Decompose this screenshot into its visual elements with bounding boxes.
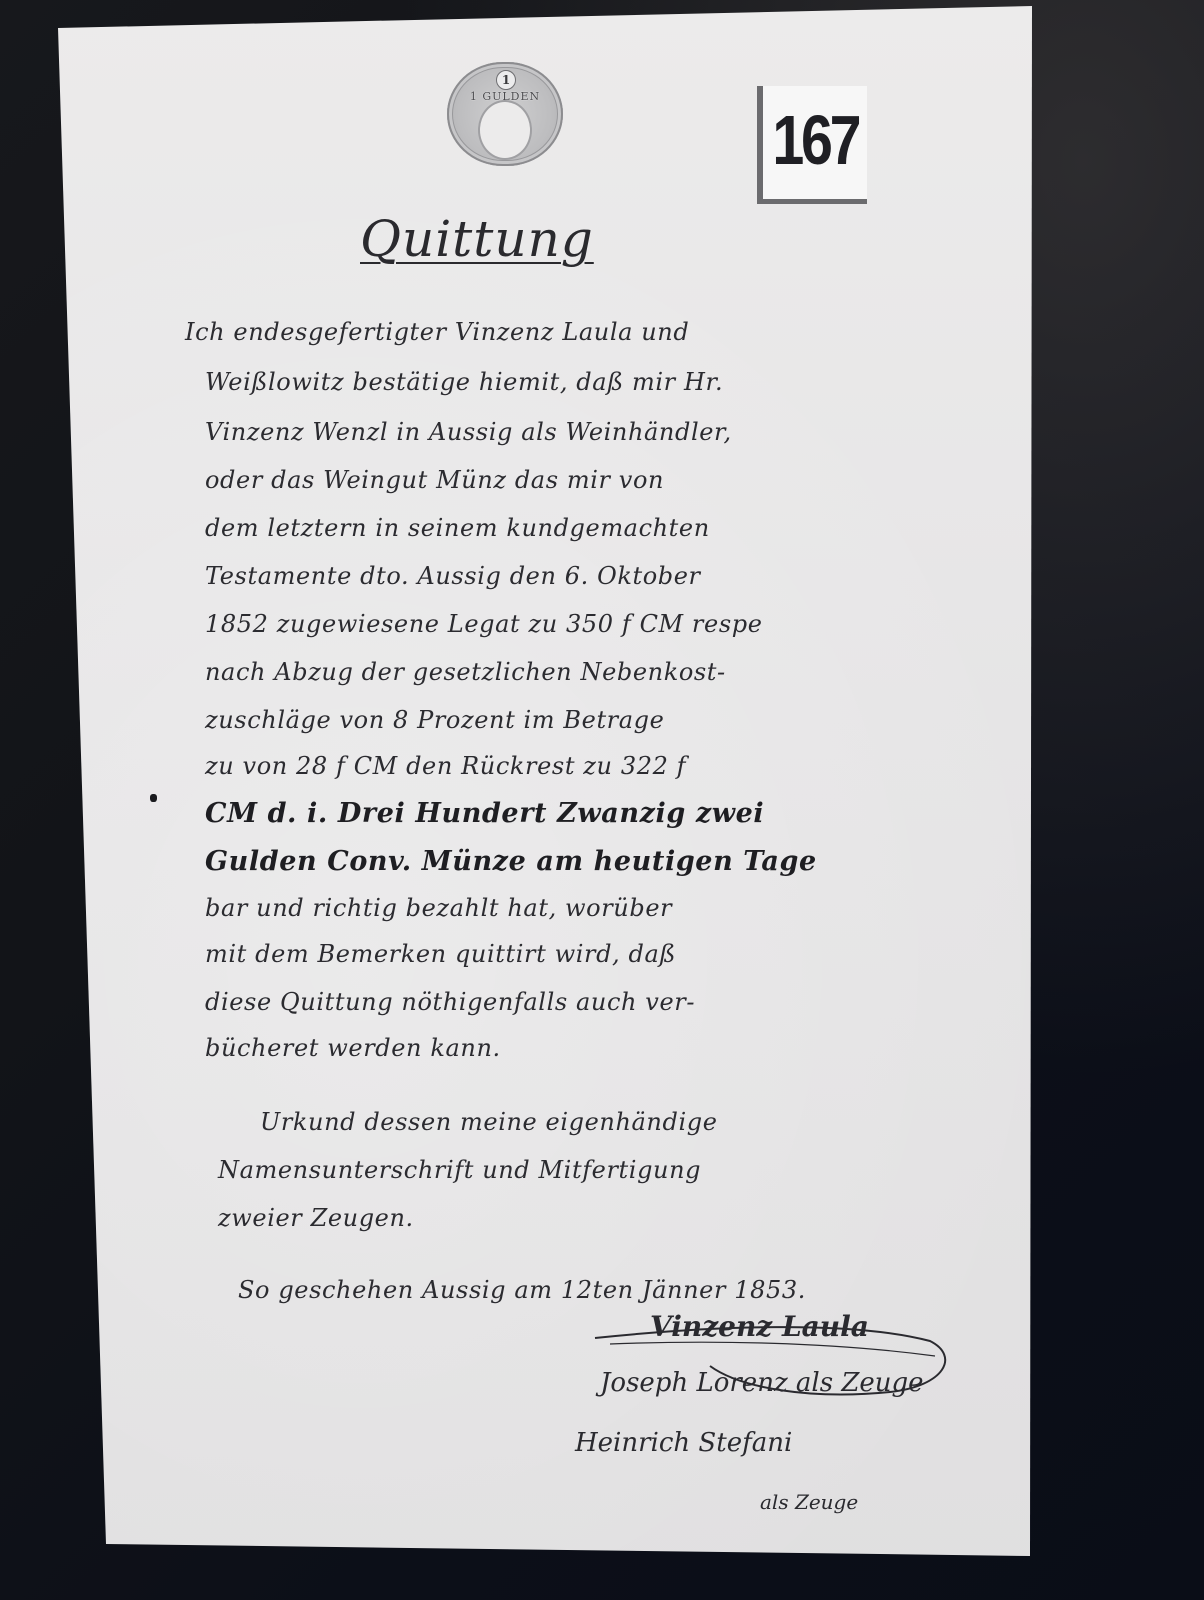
- body-line: Ich endesgefertigter Vinzenz Laula und: [185, 318, 689, 346]
- body-line: zuschläge von 8 Prozent im Betrage: [205, 706, 664, 734]
- body-line: bar und richtig bezahlt hat, worüber: [205, 894, 672, 922]
- catalog-number-label: 167: [757, 86, 867, 204]
- closing-line: Namensunterschrift und Mitfertigung: [218, 1156, 701, 1184]
- body-line: nach Abzug der gesetzlichen Nebenkost-: [205, 658, 726, 686]
- ink-spot: [150, 794, 157, 802]
- signature-witness-2-role: als Zeuge: [760, 1490, 858, 1514]
- signature-witness-2: Heinrich Stefani: [575, 1428, 792, 1458]
- closing-line: Urkund dessen meine eigenhändige: [260, 1108, 718, 1136]
- body-line: dem letztern in seinem kundgemachten: [205, 514, 710, 542]
- body-line: Vinzenz Wenzl in Aussig als Weinhändler,: [205, 418, 732, 446]
- body-line: 1852 zugewiesene Legat zu 350 f CM respe: [205, 610, 763, 638]
- body-line: zu von 28 f CM den Rückrest zu 322 f: [205, 752, 686, 780]
- signature-flourish-icon: [590, 1296, 970, 1406]
- document-title: Quittung: [360, 210, 594, 268]
- stamp-denomination: 1: [496, 70, 516, 90]
- revenue-stamp: 1 1 GULDEN: [447, 62, 563, 166]
- stamp-embossed-circle: [480, 102, 530, 158]
- document-sheet: 1 1 GULDEN 167 Quittung Ich endesgeferti…: [0, 0, 1204, 1600]
- body-line: Testamente dto. Aussig den 6. Oktober: [205, 562, 701, 590]
- closing-line: zweier Zeugen.: [218, 1204, 414, 1232]
- body-line: diese Quittung nöthigenfalls auch ver-: [205, 988, 695, 1016]
- body-line: mit dem Bemerken quittirt wird, daß: [205, 940, 676, 968]
- catalog-number: 167: [772, 100, 857, 180]
- body-line: Weißlowitz bestätige hiemit, daß mir Hr.: [205, 368, 723, 396]
- body-line: oder das Weingut Münz das mir von: [205, 466, 664, 494]
- amount-in-words-line: Gulden Conv. Münze am heutigen Tage: [205, 846, 817, 877]
- body-line: bücheret werden kann.: [205, 1034, 501, 1062]
- amount-in-words-line: CM d. i. Drei Hundert Zwanzig zwei: [205, 798, 764, 829]
